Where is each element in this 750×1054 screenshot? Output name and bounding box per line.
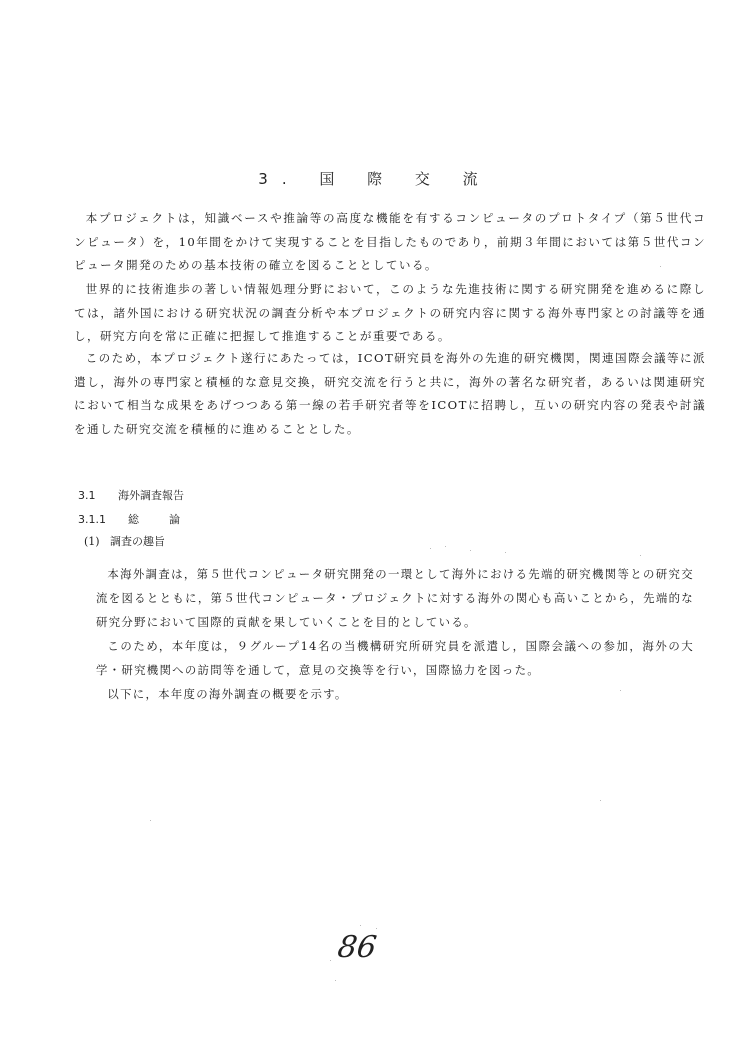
item-heading: (1)調査の趣旨	[84, 533, 165, 549]
scan-speck	[376, 928, 377, 929]
item-paragraph-1: 本海外調査は，第５世代コンピュータ研究開発の一環として海外における先端的研究機関…	[96, 562, 694, 634]
scan-speck	[620, 690, 621, 691]
item-paragraph-3: 以下に，本年度の海外調査の概要を示す。	[96, 682, 694, 706]
intro-paragraph-1: 本プロジェクトは，知識ベースや推論等の高度な機能を有するコンピュータのプロトタイ…	[74, 207, 706, 278]
handwritten-page-number: 86	[336, 930, 379, 965]
subsubsection-title: 総論	[128, 513, 210, 526]
intro-paragraph-3: このため，本プロジェクト遂行にあたっては，ICOT研究員を海外の先進的研究機関，…	[74, 347, 706, 441]
subsection-number: 3.1	[78, 489, 118, 502]
subsubsection-heading: 3.1.1総論	[78, 511, 210, 527]
item-number: (1)	[84, 535, 110, 548]
scan-speck	[430, 548, 431, 549]
scan-speck	[335, 980, 336, 981]
item-paragraph-2: このため，本年度は，９グループ14名の当機構研究所研究員を派遣し，国際会議への参…	[96, 634, 694, 682]
scan-speck	[660, 266, 661, 267]
scan-speck	[505, 552, 506, 553]
item-title: 調査の趣旨	[110, 535, 165, 548]
scan-speck	[470, 550, 471, 551]
scan-speck	[600, 800, 601, 801]
subsection-title: 海外調査報告	[118, 489, 184, 502]
document-page: 3. 国 際 交 流 本プロジェクトは，知識ベースや推論等の高度な機能を有するコ…	[0, 0, 750, 1054]
scan-speck	[330, 960, 331, 961]
subsubsection-number: 3.1.1	[78, 513, 128, 526]
section-title: 3. 国 際 交 流	[0, 168, 750, 189]
scan-speck	[360, 925, 361, 926]
scan-speck	[445, 546, 446, 547]
intro-paragraph-2: 世界的に技術進歩の著しい情報処理分野において，このような先進技術に関する研究開発…	[74, 278, 706, 349]
subsection-heading: 3.1海外調査報告	[78, 487, 184, 503]
scan-speck	[640, 555, 641, 556]
scan-speck	[150, 820, 151, 821]
